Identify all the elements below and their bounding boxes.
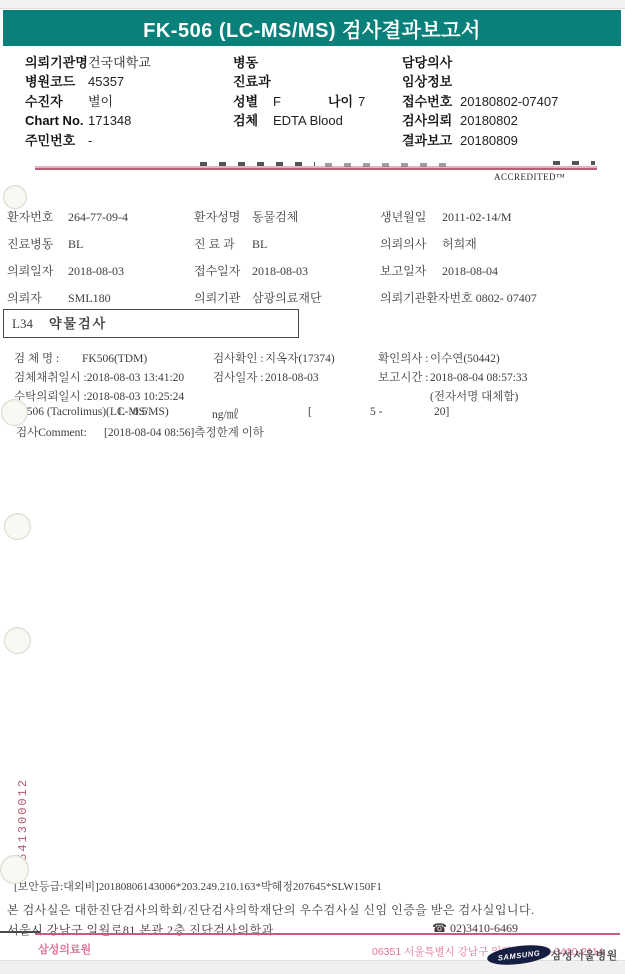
field-value: 2018-08-03 [265, 372, 319, 384]
info-row: 성별F나이7 [233, 92, 365, 111]
field-label: Chart No. [25, 111, 88, 130]
punch-hole [4, 513, 31, 540]
info-row: 수진자별이 [25, 92, 151, 111]
test-section-box: L34 약물검사 [3, 309, 299, 338]
range-high: 20] [434, 406, 449, 418]
info-row: 의뢰기관명건국대학교 [25, 53, 151, 72]
field-label: 보고일자 [380, 262, 442, 279]
field-label: 성별 [233, 92, 273, 111]
field-label: 의뢰일자 [7, 262, 68, 279]
field-value: 2018-08-03 13:41:20 [87, 372, 184, 384]
result-flag: L [118, 406, 125, 418]
field-value: 2018-08-03 [68, 264, 124, 278]
field-label: 의뢰기관명 [25, 53, 88, 72]
field-value: 264-77-09-4 [68, 210, 128, 224]
info-row: 병원코드45357 [25, 72, 151, 91]
field-label: 진 료 과 [194, 235, 252, 252]
punch-hole [4, 627, 31, 654]
field-value: 허희재 [442, 237, 477, 251]
info-row: 검체EDTA Blood [233, 111, 365, 130]
field-label: 병동 [233, 53, 273, 72]
field-value: 2018-08-03 10:25:24 [87, 391, 184, 403]
field-label: 의뢰자 [7, 289, 68, 306]
serial-number-vertical: 541300012 [16, 778, 34, 864]
field-label: 접수번호 [402, 92, 460, 111]
field-label: 나이 [328, 92, 358, 111]
info-row: 결과보고20180809 [402, 131, 558, 150]
field-label: 검체채취일시 : [14, 369, 87, 388]
field-value: 삼광의료재단 [252, 291, 322, 305]
field-label: 검사확인 : [213, 350, 265, 369]
top-gray-strip [0, 0, 625, 9]
field-value: F [273, 92, 328, 111]
field-value: 2011-02-14/M [442, 210, 512, 224]
section-code: L34 [12, 310, 33, 337]
field-label: 의뢰기관환자번호 [380, 289, 473, 306]
detail-column-3: 확인의사 :이수연(50442) 보고시간 :2018-08-04 08:57:… [378, 350, 527, 407]
header-rule-line [35, 168, 597, 170]
request-info-left-column: 의뢰기관명건국대학교 병원코드45357 수진자별이 Chart No.1713… [25, 53, 151, 150]
field-value: SML180 [68, 291, 111, 305]
field-value: EDTA Blood [273, 113, 343, 128]
footer-organization: 삼성의료원 [38, 941, 91, 957]
bottom-gray-strip [0, 960, 625, 974]
field-value: 건국대학교 [88, 55, 151, 70]
range-low: 5 - [370, 406, 382, 418]
field-value: 지옥자(17374) [265, 353, 335, 365]
test-result-row: FK506 (Tacrolimus)(LC-MS/MS) L 0.5 ng/㎖ … [0, 406, 625, 422]
field-label: 접수일자 [194, 262, 252, 279]
field-label: 환자번호 [7, 208, 68, 225]
field-label: 보고시간 : [378, 369, 430, 388]
comment-label: 검사Comment: [16, 424, 87, 440]
field-label: 담당의사 [402, 53, 460, 72]
footer-rule-dark-segment [0, 931, 40, 933]
punch-hole [1, 399, 28, 426]
field-value: 20180802 [460, 113, 518, 128]
field-label: 진료병동 [7, 235, 68, 252]
field-value: 2018-08-03 [252, 264, 308, 278]
info-row: 임상정보 [402, 72, 558, 91]
field-value: 171348 [88, 113, 131, 128]
info-row: 주민번호- [25, 131, 151, 150]
request-info-middle-column: 병동 진료과 성별F나이7 검체EDTA Blood [233, 53, 365, 131]
field-value: 2018-08-04 08:57:33 [430, 372, 527, 384]
comment-text: [2018-08-04 08:56]측정한계 이하 [104, 424, 264, 440]
security-line: [보안등급:대외비]20180806143006*203.249.210.163… [14, 878, 382, 894]
punch-hole [0, 855, 29, 884]
samsung-logo-text: SAMSUNG [497, 948, 540, 962]
clipped-text-artifact [325, 163, 455, 167]
info-row: 병동 [233, 53, 365, 72]
section-name: 약물검사 [49, 310, 107, 337]
field-value: BL [252, 237, 267, 251]
field-label: 수진자 [25, 92, 88, 111]
field-value: 20180809 [460, 133, 518, 148]
clipped-text-artifact [200, 162, 315, 166]
info-row: Chart No.171348 [25, 111, 151, 130]
page-title: FK-506 (LC-MS/MS) 검사결과보고서 [143, 14, 481, 43]
info-row: 검사의뢰20180802 [402, 111, 558, 130]
accredited-mark: ACCREDITED™ [494, 172, 565, 182]
field-label: 진료과 [233, 72, 273, 91]
report-title-bar: FK-506 (LC-MS/MS) 검사결과보고서 [3, 10, 621, 46]
field-label: 검체 [233, 111, 273, 130]
field-value: 동물검체 [252, 210, 298, 224]
lab-address: 서울시 강남구 일원로81 본관 2층 진단검사의학과 [7, 921, 274, 938]
field-value: 별이 [88, 94, 113, 109]
field-label: 검사의뢰 [402, 111, 460, 130]
field-value: - [88, 133, 92, 148]
detail-column-2: 검사확인 :지옥자(17374) 검사일자 :2018-08-03 [213, 350, 335, 388]
detail-column-1: 검 체 명 :FK506(TDM) 검체채취일시 :2018-08-03 13:… [14, 350, 184, 407]
field-value: 45357 [88, 74, 124, 89]
field-value: (전자서명 대체함) [430, 391, 518, 403]
field-value: 7 [358, 94, 365, 109]
clipped-text-artifact [553, 161, 595, 165]
field-label: 의뢰의사 [380, 235, 442, 252]
info-row: 담당의사 [402, 53, 558, 72]
footer-hospital-name: 삼성서울병원 [551, 947, 618, 963]
field-label: 검사일자 : [213, 369, 265, 388]
field-label: 생년월일 [380, 208, 442, 225]
field-value: FK506(TDM) [82, 353, 147, 365]
field-value: 0802- 07407 [476, 291, 537, 305]
field-value: 이수연(50442) [430, 353, 500, 365]
info-row: 접수번호20180802-07407 [402, 92, 558, 111]
field-label: 임상정보 [402, 72, 460, 91]
field-label: 병원코드 [25, 72, 88, 91]
info-row: 진료과 [233, 72, 365, 91]
field-value: BL [68, 237, 83, 251]
range-bracket: [ [308, 406, 312, 418]
field-label: 검 체 명 : [14, 350, 82, 369]
field-label: 주민번호 [25, 131, 88, 150]
result-unit: ng/㎖ [212, 406, 238, 422]
footer-rule-line [35, 933, 620, 935]
request-info-right-column: 담당의사 임상정보 접수번호20180802-07407 검사의뢰2018080… [402, 53, 558, 150]
field-value: 20180802-07407 [460, 94, 558, 109]
field-label: 결과보고 [402, 131, 460, 150]
field-label: 환자성명 [194, 208, 252, 225]
field-value: 2018-08-04 [442, 264, 498, 278]
accreditation-notice: 본 검사실은 대한진단검사의학회/진단검사의학재단의 우수검사실 신임 인증을 … [7, 901, 535, 918]
field-label: 확인의사 : [378, 350, 430, 369]
punch-hole [3, 185, 27, 209]
field-label: 의뢰기관 [194, 289, 252, 306]
result-value: 0.5 [133, 406, 147, 418]
